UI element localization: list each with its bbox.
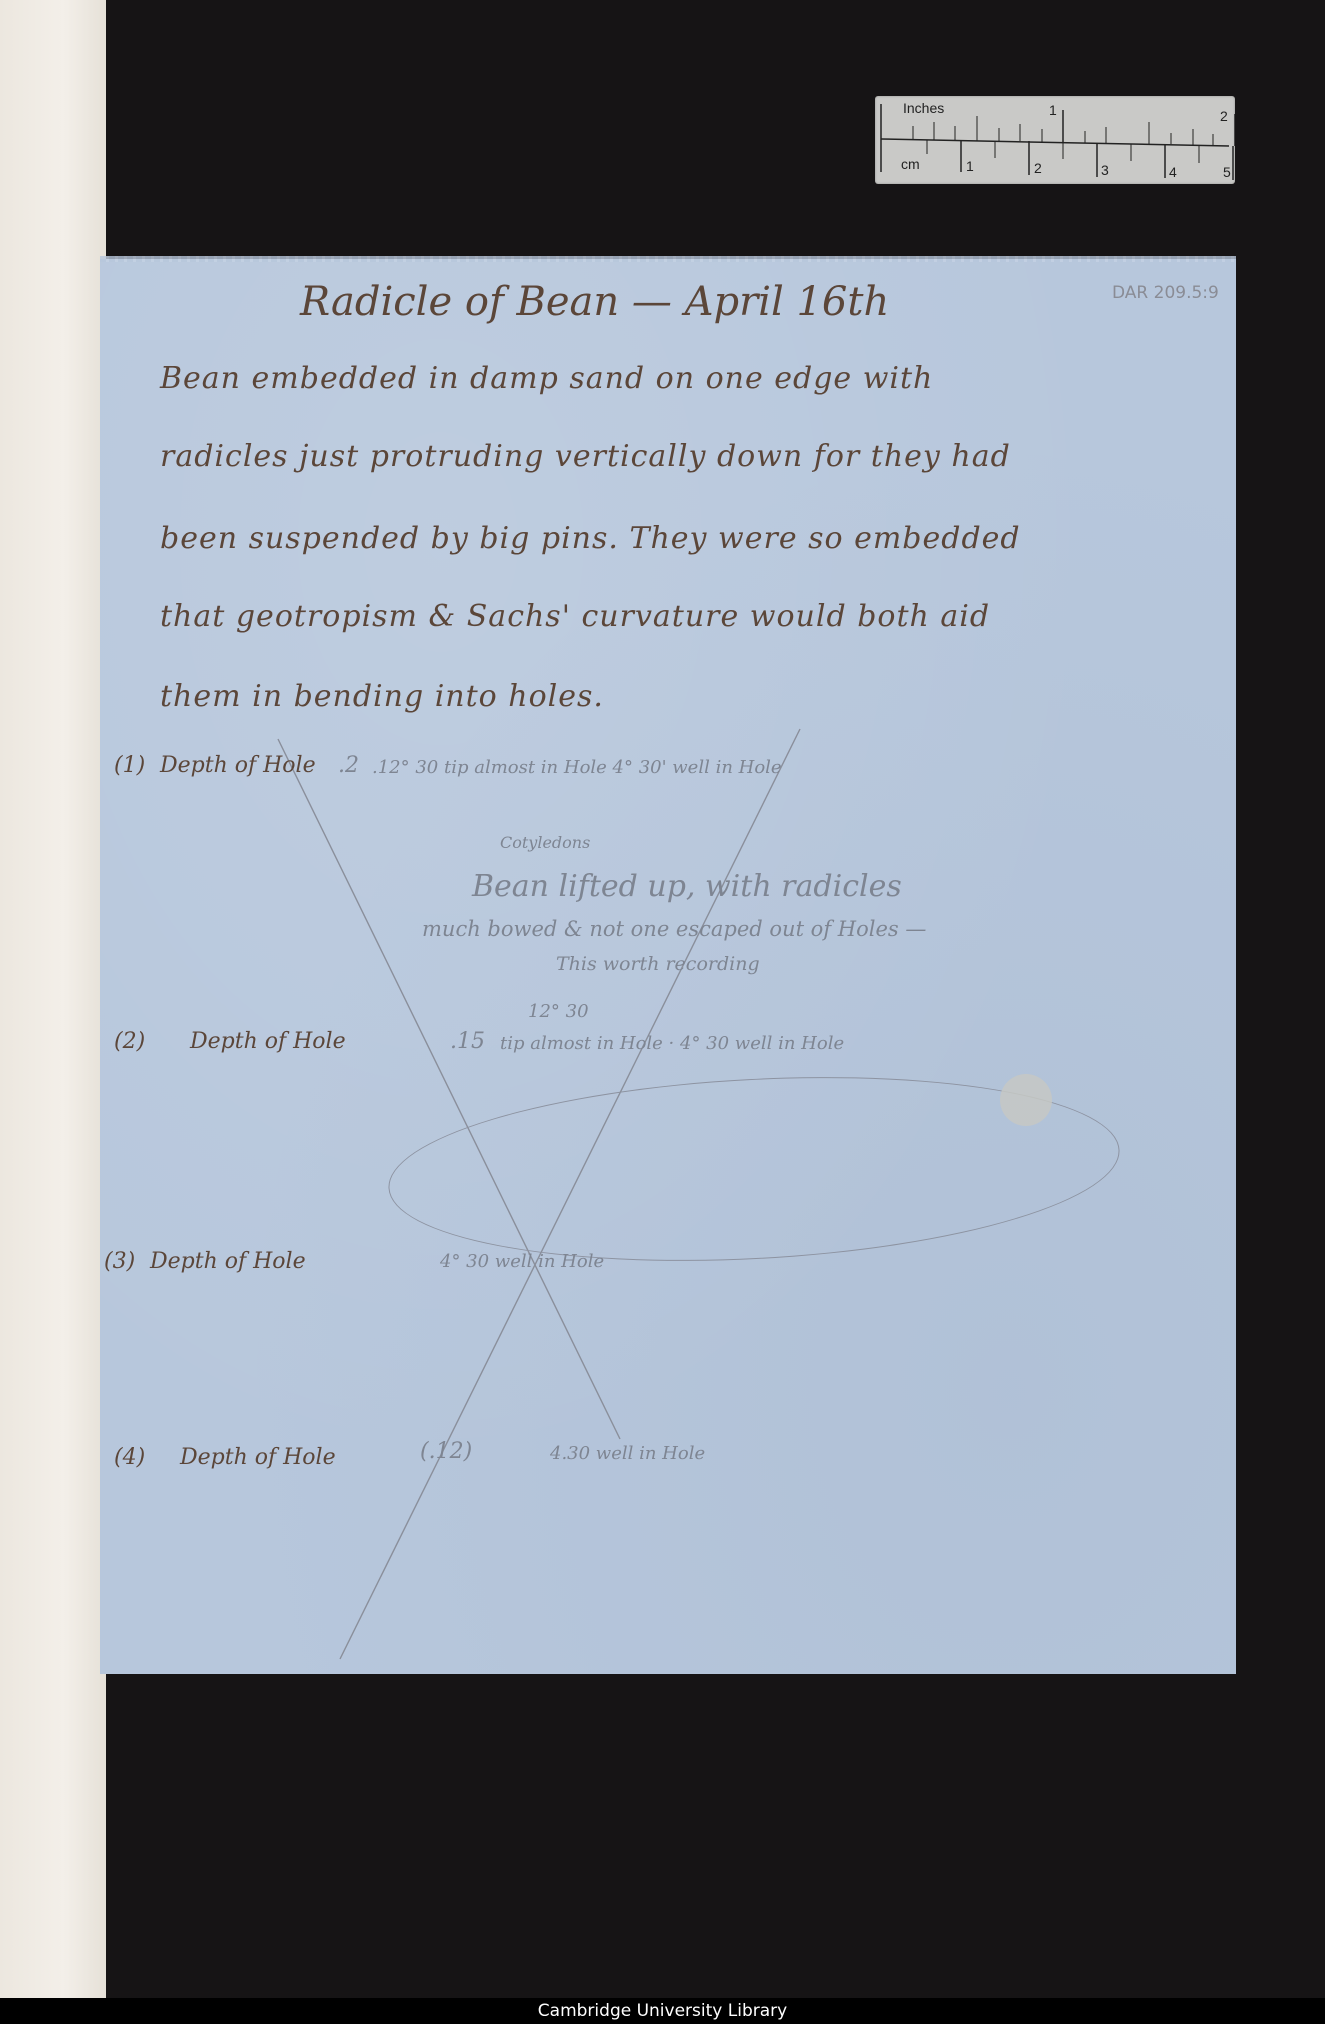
inserted-word: Cotyledons [500, 833, 590, 852]
entry-number: (3) [104, 1249, 135, 1274]
ruler-cm-mark: 5 [1223, 164, 1231, 180]
ruler-cm-label: cm [901, 156, 920, 172]
entry-number: (4) [114, 1445, 145, 1470]
ruler-inches-label: Inches [903, 100, 944, 116]
entry-value: .2 [338, 753, 359, 778]
entry-number: (2) [114, 1029, 145, 1054]
entry-label: Depth of Hole [150, 1249, 306, 1274]
ruler-inch-mark: 2 [1220, 108, 1228, 124]
manuscript-title: Radicle of Bean — April 16th [300, 279, 889, 325]
entry-pencil-note: 4° 30 well in Hole [440, 1251, 604, 1272]
body-line: Bean embedded in damp sand on one edge w… [160, 361, 933, 396]
body-line: them in bending into holes. [160, 679, 604, 714]
entry-label: Depth of Hole [160, 753, 316, 778]
entry-value: .15 [450, 1029, 485, 1054]
body-line: radicles just protruding vertically down… [160, 439, 1011, 474]
entry-pencil-above: 12° 30 [528, 1001, 589, 1022]
entry-pencil-note: .12° 30 tip almost in Hole 4° 30' well i… [372, 757, 782, 778]
scale-ruler: Inches 1 2 cm 1 2 3 4 5 [875, 96, 1235, 184]
note-line: This worth recording [556, 953, 760, 975]
body-line: been suspended by big pins. They were so… [160, 521, 1021, 556]
ruler-cm-mark: 1 [966, 158, 974, 174]
ruler-cm-mark: 3 [1101, 162, 1109, 178]
ruler-cm-mark: 4 [1169, 164, 1177, 180]
entry-label: Depth of Hole [180, 1445, 336, 1470]
manuscript-page: DAR 209.5:9 Radicle of Bean — April 16th… [100, 259, 1236, 1674]
entry-pencil-note: 4.30 well in Hole [550, 1443, 705, 1464]
library-footer: Cambridge University Library [0, 1998, 1325, 2024]
body-line: that geotropism & Sachs' curvature would… [160, 599, 990, 634]
entry-label: Depth of Hole [190, 1029, 346, 1054]
entry-value: (.12) [420, 1439, 472, 1464]
mount-board-strip [0, 0, 106, 2000]
paper-stain [1000, 1074, 1052, 1126]
note-line: Bean lifted up, with radicles [472, 869, 902, 904]
archive-reference: DAR 209.5:9 [1112, 283, 1219, 303]
entry-number: (1) [114, 753, 145, 778]
entry-pencil-note: tip almost in Hole · 4° 30 well in Hole [500, 1033, 844, 1054]
ruler-inch-mark: 1 [1049, 102, 1057, 118]
ruler-cm-mark: 2 [1034, 160, 1042, 176]
note-line: much bowed & not one escaped out of Hole… [422, 917, 926, 941]
